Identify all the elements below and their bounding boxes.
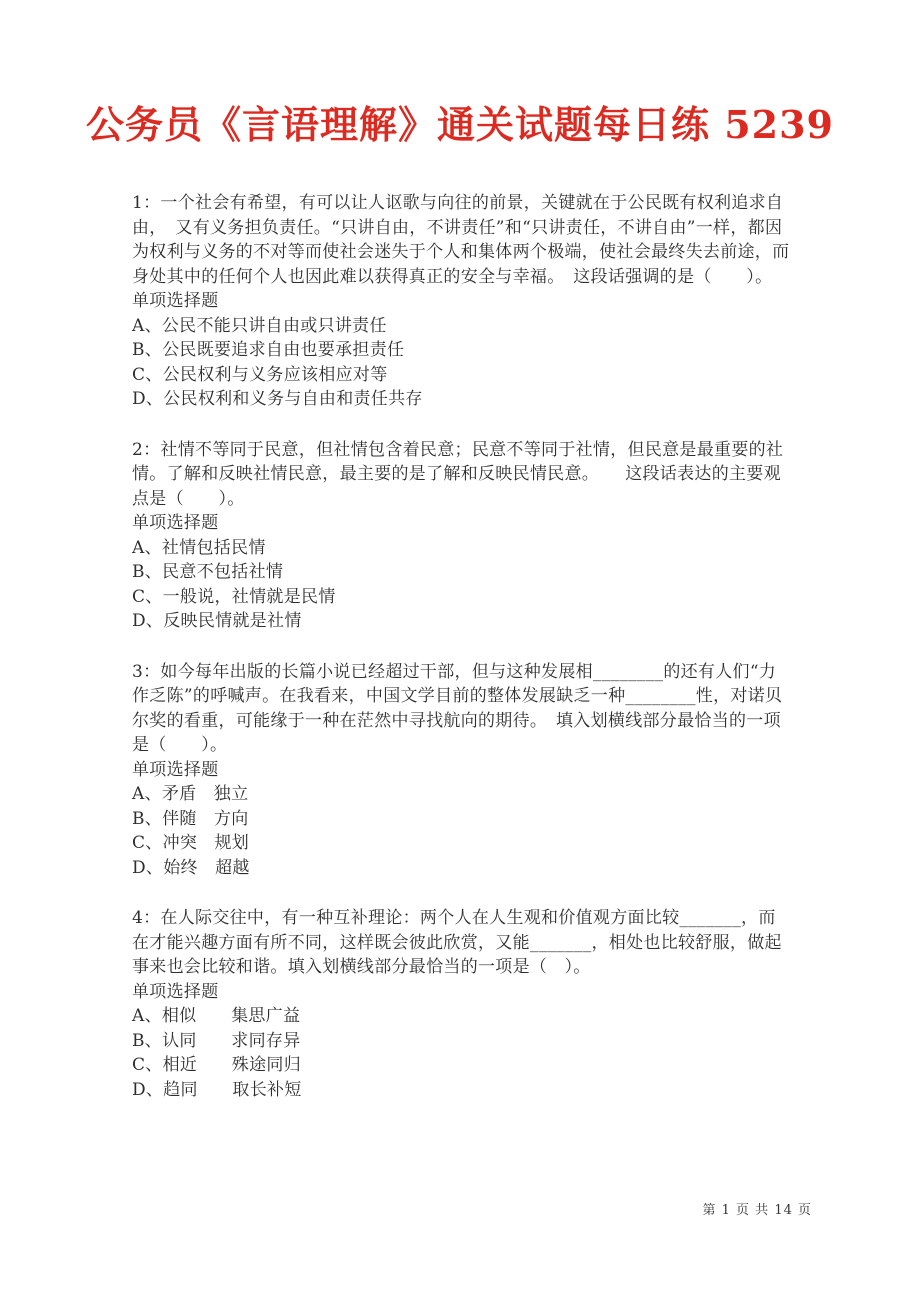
question-3-text: 3：如今每年出版的长篇小说已经超过干部，但与这种发展相________的还有人们… xyxy=(132,660,792,758)
question-4-option-d: D、趋同 取长补短 xyxy=(132,1078,792,1103)
question-2-option-d: D、反映民情就是社情 xyxy=(132,609,792,634)
question-4: 4：在人际交往中，有一种互补理论：两个人在人生观和价值观方面比较_______，… xyxy=(132,906,792,1102)
page-number-footer: 第 1 页 共 14 页 xyxy=(703,1199,812,1218)
question-2-option-a: A、社情包括民情 xyxy=(132,536,792,561)
question-2: 2：社情不等同于民意，但社情包含着民意；民意不等同于社情，但民意是最重要的社情。… xyxy=(132,438,792,634)
question-4-type-label: 单项选择题 xyxy=(132,980,792,1005)
question-1-option-c: C、公民权利与义务应该相应对等 xyxy=(132,363,792,388)
question-3-option-d: D、始终 超越 xyxy=(132,856,792,881)
question-3: 3：如今每年出版的长篇小说已经超过干部，但与这种发展相________的还有人们… xyxy=(132,660,792,881)
question-1-option-a: A、公民不能只讲自由或只讲责任 xyxy=(132,314,792,339)
question-4-option-b: B、认同 求同存异 xyxy=(132,1029,792,1054)
document-title: 公务员《言语理解》通关试题每日练 5239 xyxy=(0,0,920,151)
question-4-option-a: A、相似 集思广益 xyxy=(132,1004,792,1029)
question-1-type-label: 单项选择题 xyxy=(132,289,792,314)
question-2-option-b: B、民意不包括社情 xyxy=(132,560,792,585)
question-1: 1：一个社会有希望，有可以让人讴歌与向往的前景，关键就在于公民既有权利追求自由，… xyxy=(132,191,792,412)
question-3-option-a: A、矛盾 独立 xyxy=(132,782,792,807)
question-2-option-c: C、一般说，社情就是民情 xyxy=(132,585,792,610)
document-page: 公务员《言语理解》通关试题每日练 5239 1：一个社会有希望，有可以让人讴歌与… xyxy=(0,0,920,1302)
question-3-option-b: B、伴随 方向 xyxy=(132,807,792,832)
question-4-text: 4：在人际交往中，有一种互补理论：两个人在人生观和价值观方面比较_______，… xyxy=(132,906,792,980)
document-body: 1：一个社会有希望，有可以让人讴歌与向往的前景，关键就在于公民既有权利追求自由，… xyxy=(0,151,920,1102)
question-3-type-label: 单项选择题 xyxy=(132,758,792,783)
question-3-option-c: C、冲突 规划 xyxy=(132,831,792,856)
question-4-option-c: C、相近 殊途同归 xyxy=(132,1053,792,1078)
question-2-text: 2：社情不等同于民意，但社情包含着民意；民意不等同于社情，但民意是最重要的社情。… xyxy=(132,438,792,512)
question-2-type-label: 单项选择题 xyxy=(132,511,792,536)
question-1-option-b: B、公民既要追求自由也要承担责任 xyxy=(132,338,792,363)
question-1-text: 1：一个社会有希望，有可以让人讴歌与向往的前景，关键就在于公民既有权利追求自由，… xyxy=(132,191,792,289)
question-1-option-d: D、公民权利和义务与自由和责任共存 xyxy=(132,387,792,412)
